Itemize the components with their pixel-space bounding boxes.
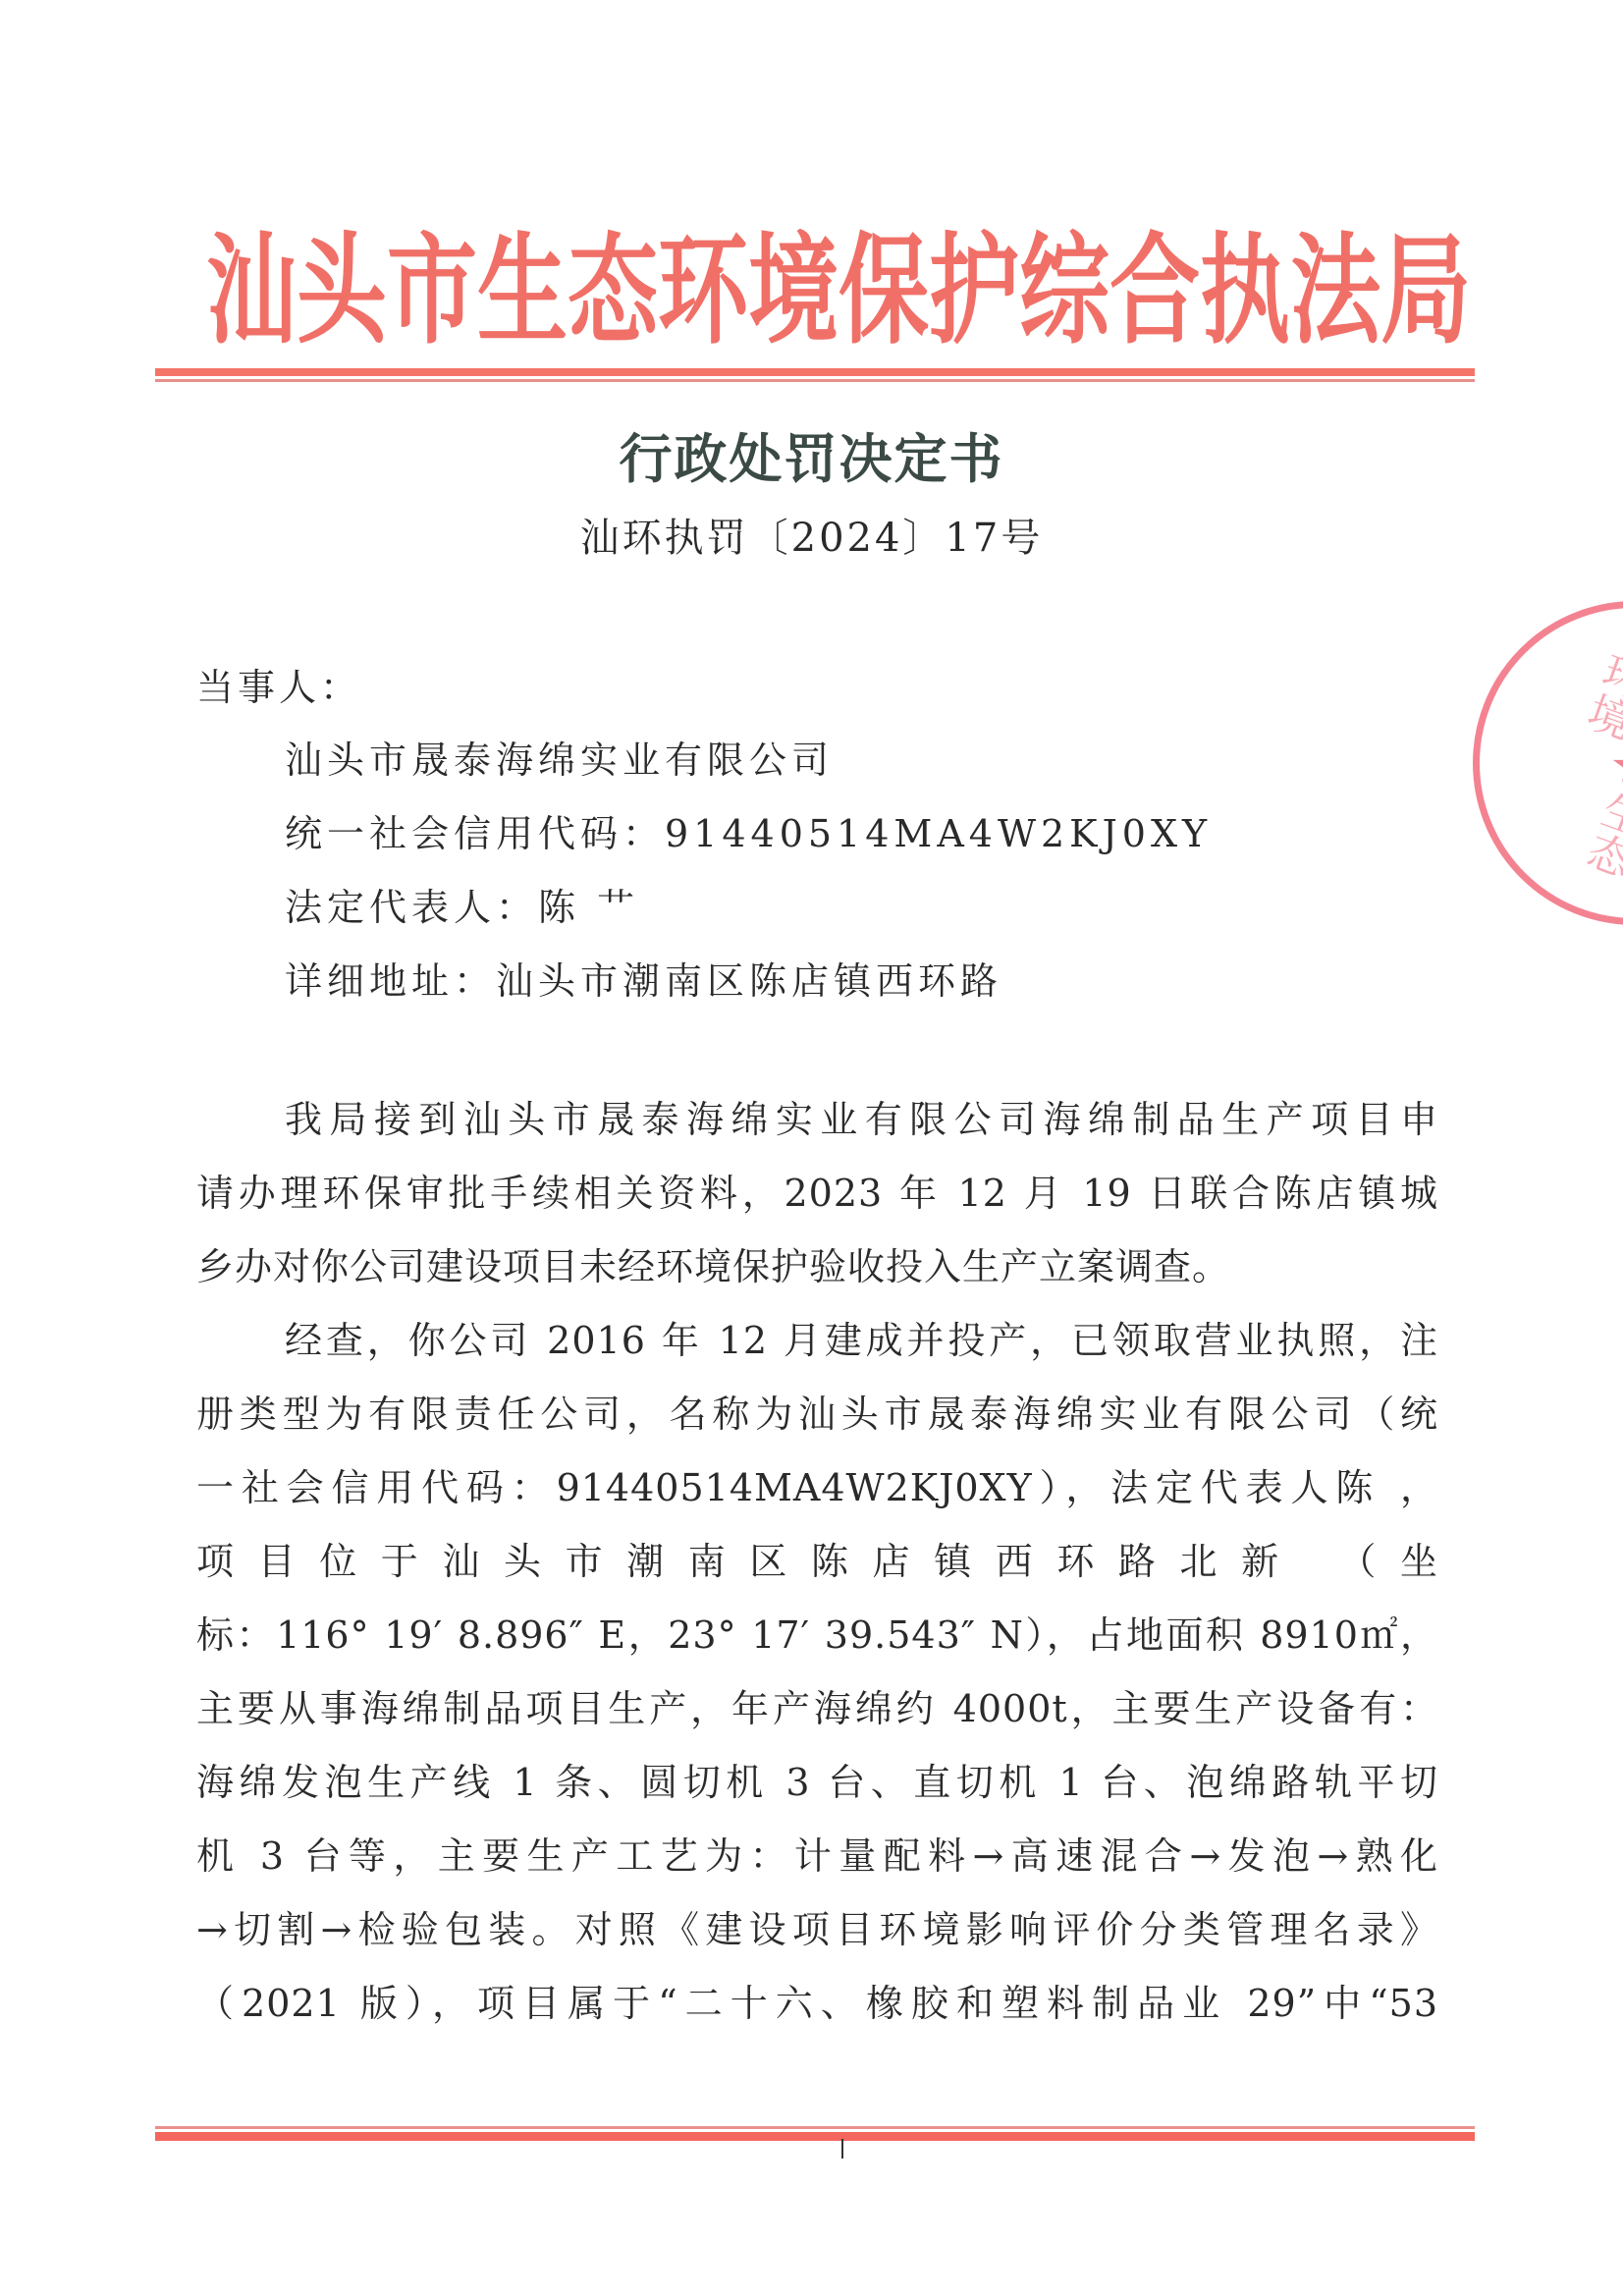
document-page: 汕 头 市 生 态 环 境 保 护 综 合 执 法 局 行政处罚决定书 汕环执罚… [0, 0, 1623, 2296]
party-credit-code: 统一社会信用代码：91440514MA4W2KJ0XY [285, 806, 1212, 861]
divider-thin-line [155, 2126, 1475, 2129]
footer-divider [155, 2126, 1475, 2144]
body-line: 乡办对你公司建设项目未经环境保护验收投入生产立案调查。 [196, 1239, 1438, 1294]
official-seal: 汕头市生态环境 ★ [1473, 601, 1623, 925]
org-char: 合 [1109, 231, 1200, 350]
org-char: 保 [839, 231, 929, 350]
org-char: 境 [748, 231, 839, 350]
org-char: 头 [297, 231, 387, 350]
divider-thin-line [155, 379, 1475, 382]
star-icon: ★ [1607, 726, 1623, 814]
letterhead-divider [155, 368, 1475, 384]
seal-text: 汕头市生态环境 [1481, 631, 1623, 909]
body-line: 经查，你公司 2016 年 12 月建成并投产，已领取营业执照，注 [285, 1313, 1438, 1368]
org-char: 态 [568, 231, 658, 350]
body-line: 标：116° 19′ 8.896″ E，23° 17′ 39.543″ N），占… [196, 1608, 1438, 1663]
org-char: 护 [929, 231, 1019, 350]
party-company: 汕头市晟泰海绵实业有限公司 [285, 733, 834, 788]
body-line: 我局接到汕头市晟泰海绵实业有限公司海绵制品生产项目申 [285, 1092, 1438, 1147]
party-heading: 当事人： [196, 660, 361, 715]
body-line: 请办理环保审批手续相关资料，2023 年 12 月 19 日联合陈店镇城 [196, 1166, 1438, 1221]
body-line: （2021 版），项目属于“二十六、橡胶和塑料制品业 29”中“53 [196, 1976, 1438, 2031]
page-mark [841, 2139, 843, 2159]
divider-thick-line [155, 2132, 1475, 2141]
body-line: 海绵发泡生产线 1 条、圆切机 3 台、直切机 1 台、泡绵路轨平切 [196, 1755, 1438, 1810]
letterhead-org-name: 汕 头 市 生 态 环 境 保 护 综 合 执 法 局 [206, 222, 1424, 359]
org-char: 综 [1019, 231, 1109, 350]
body-line: 册类型为有限责任公司，名称为汕头市晟泰海绵实业有限公司（统 [196, 1387, 1438, 1442]
body-line: 机 3 台等，主要生产工艺为：计量配料→高速混合→发泡→熟化 [196, 1829, 1438, 1884]
document-number: 汕环执罚〔2024〕17号 [0, 513, 1623, 564]
org-char: 环 [658, 231, 748, 350]
body-line: 主要从事海绵制品项目生产，年产海绵约 4000t，主要生产设备有： [196, 1681, 1438, 1736]
body-line: 项目位于汕头市潮南区陈店镇西环路北新 （坐 [196, 1534, 1438, 1589]
org-char: 执 [1200, 231, 1290, 350]
body-line: →切割→检验包装。对照《建设项目环境影响评价分类管理名录》 [196, 1902, 1438, 1957]
org-char: 生 [477, 231, 568, 350]
org-char: 市 [387, 231, 477, 350]
org-char: 法 [1290, 231, 1380, 350]
org-char: 汕 [206, 231, 297, 350]
divider-thick-line [155, 368, 1475, 376]
party-address: 详细地址：汕头市潮南区陈店镇西环路 [285, 954, 1002, 1009]
org-char: 局 [1380, 231, 1471, 350]
document-type-title: 行政处罚决定书 [0, 428, 1623, 491]
party-legal-rep: 法定代表人：陈 艹 [285, 880, 639, 935]
body-line: 一社会信用代码：91440514MA4W2KJ0XY），法定代表人陈 ， [196, 1460, 1438, 1515]
